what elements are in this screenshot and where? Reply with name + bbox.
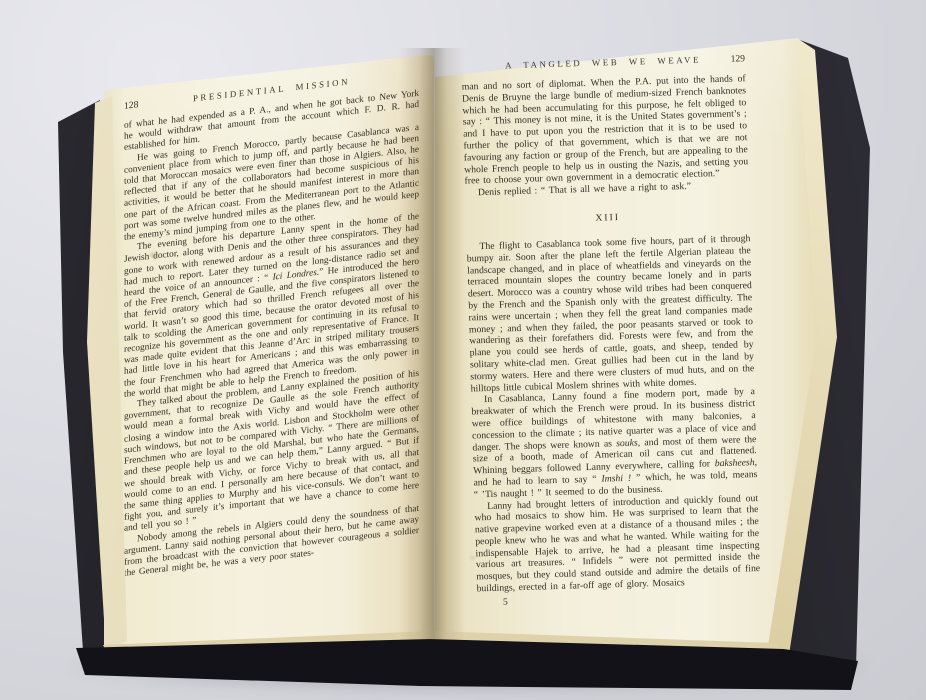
paragraph: Lanny had brought letters of introductio… bbox=[474, 493, 761, 596]
right-running-head: A TANGLED WEB WE WEAVE bbox=[491, 54, 715, 71]
header-spacer bbox=[461, 69, 491, 70]
photo-backdrop: 128 PRESIDENTIAL MISSION of what he had … bbox=[0, 0, 926, 700]
header-spacer bbox=[389, 77, 419, 80]
right-page: A TANGLED WEB WE WEAVE 129 man and no so… bbox=[449, 53, 778, 652]
left-page-surface: 128 PRESIDENTIAL MISSION of what he had … bbox=[104, 54, 434, 666]
foxing-spot bbox=[150, 252, 158, 258]
right-page-number: 129 bbox=[715, 53, 745, 65]
right-page-text-bottom: The flight to Casablanca took some five … bbox=[466, 233, 760, 595]
left-page-text: of what he had expended as a P. A., and … bbox=[124, 89, 419, 580]
foxing-spot bbox=[701, 118, 705, 122]
foxing-spot bbox=[470, 556, 475, 560]
paragraph: In Casablanca, Lanny found a fine modern… bbox=[471, 386, 758, 501]
left-page-number: 128 bbox=[124, 98, 154, 112]
right-page-text-top: man and no sort of diplomat. When the P.… bbox=[462, 73, 749, 199]
paragraph: man and no sort of diplomat. When the P.… bbox=[462, 73, 749, 188]
left-page: 128 PRESIDENTIAL MISSION of what he had … bbox=[104, 54, 434, 666]
foxing-spot bbox=[137, 424, 142, 429]
paragraph: The flight to Casablanca took some five … bbox=[466, 233, 754, 395]
right-page-header: A TANGLED WEB WE WEAVE 129 bbox=[461, 53, 745, 72]
chapter-section-number: XIII bbox=[466, 208, 750, 227]
